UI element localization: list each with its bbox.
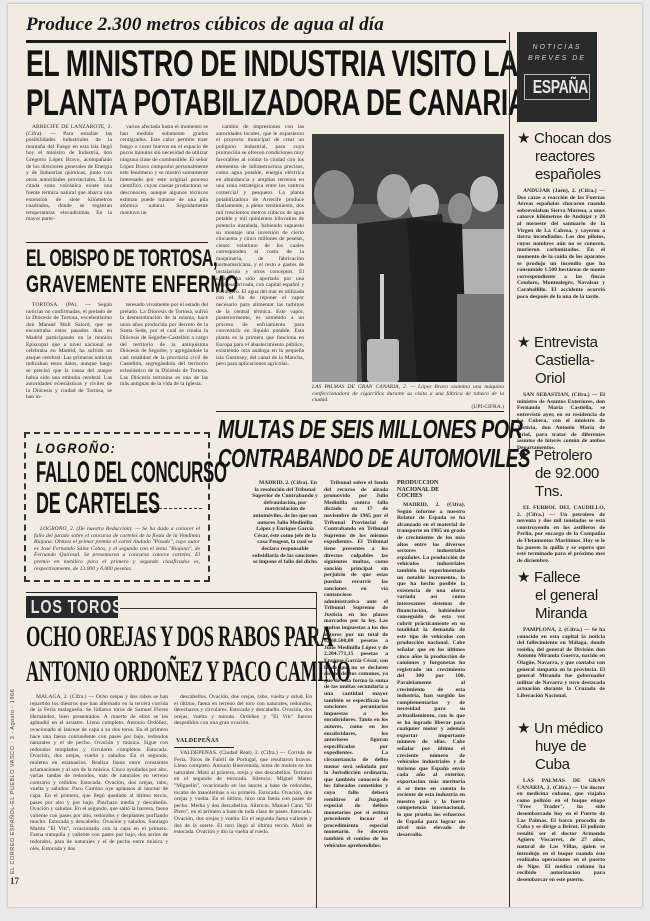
- logrono-headline-line1: FALLO DEL CONCURSO: [36, 458, 227, 488]
- sidebar-item-body: EL FERROL DEL CAUDILLO, 2. (Cifra.) — Un…: [517, 505, 605, 575]
- page-number: 17: [10, 876, 19, 886]
- toros-col1: MALAGA, 2. (Cifra.) — Ocho orejas y dos …: [30, 694, 168, 904]
- sidebar-item-body: LAS PALMAS DE GRAN CANARIA, 2. (Cifra.) …: [517, 778, 605, 896]
- lead-article-col3: cambio de impresiones con las autoridade…: [216, 124, 304, 386]
- obispo-headline-line1: EL OBISPO DE TORTOSA,: [26, 246, 217, 272]
- multas-col3-heading: PRODUCCION NACIONAL DE COCHES: [397, 480, 463, 500]
- logrono-box: LOGROÑO: FALLO DEL CONCURSO DE CARTELES …: [24, 432, 210, 582]
- noticias-breves-box: NOTICIAS BREVES DE ESPAÑA: [517, 32, 597, 122]
- lead-kicker: Produce 2.300 metros cúbicos de agua al …: [26, 14, 384, 36]
- lead-article-col1: ARRECIFE DE LANZAROTE, 2. (Cifra). — Par…: [26, 124, 112, 238]
- sidebar-item-title: Entrevista: [534, 334, 598, 351]
- sidebar-item-title: Fallece: [534, 569, 580, 586]
- toros-subhead-valdepenas: VALDEPEÑAS: [176, 738, 219, 744]
- logrono-headline-line2: DE CARTELES: [36, 489, 160, 519]
- sidebar-item-title: huye de Cuba: [517, 738, 617, 774]
- star-icon: ★: [517, 334, 530, 351]
- sidebar-item-miranda: ★ Fallece el general Miranda PAMPLONA, 2…: [517, 569, 617, 715]
- star-icon: ★: [517, 130, 530, 147]
- box-top-label: NOTICIAS BREVES DE: [517, 32, 597, 64]
- box-espana-label: ESPAÑA: [533, 75, 588, 99]
- sidebar-item-reactores: ★ Chocan dos reactores españoles ANDUJAR…: [517, 130, 617, 306]
- multas-top-rule: [216, 411, 504, 412]
- multas-col2: Tribunal sobre el fondo del recurso de a…: [324, 480, 388, 910]
- toros-headline-line2: ANTONIO ORDOÑEZ Y PACO CAMINO: [26, 656, 350, 688]
- multas-headline-line1: MULTAS DE SEIS MILLONES POR: [218, 415, 522, 443]
- newspaper-page: Produce 2.300 metros cúbicos de agua al …: [8, 4, 642, 907]
- sidebar-item-title: el general: [517, 587, 617, 605]
- sidebar-item-title: Castiella-Oriol: [517, 352, 617, 388]
- obispo-headline-line2: GRAVEMENTE ENFERMO: [26, 272, 238, 298]
- sidebar-item-title: de 92.000 Tns.: [517, 465, 617, 501]
- sidebar-item-castiella: ★ Entrevista Castiella-Oriol SAN SEBASTI…: [517, 334, 617, 452]
- star-icon: ★: [517, 447, 530, 464]
- logrono-body: LOGROÑO, 2. (De nuestra Redacción). — Se…: [34, 526, 200, 576]
- sidebar-item-title: reactores: [517, 148, 617, 166]
- toros-label-rule: [120, 608, 316, 609]
- sidebar-item-cuba: ★ Un médico huye de Cuba LAS PALMAS DE G…: [517, 720, 617, 896]
- toros-headline-line1: OCHO OREJAS Y DOS RABOS PARA: [26, 621, 333, 653]
- sidebar-item-title: españoles: [517, 166, 617, 184]
- obispo-top-rule: [26, 242, 208, 243]
- lead-photo: [312, 134, 504, 382]
- sidebar-item-body: ANDUJAR (Jaén), 2. (Cifra.) — Dos cazas …: [517, 188, 605, 306]
- main-headline-line1: EL MINISTRO DE INDUSTRIA VISITO LA: [26, 45, 518, 83]
- multas-col1: MADRID, 2. (Cifra). En la resolución del…: [252, 480, 318, 590]
- obispo-col2: teresado vivamente por el estado del pre…: [120, 302, 208, 430]
- valdepenas-rule: [174, 747, 234, 748]
- logrono-kicker: LOGROÑO:: [36, 440, 116, 456]
- star-icon: ★: [517, 720, 530, 737]
- sidebar-item-title: Miranda: [517, 605, 617, 623]
- toros-col2b: VALDEPEÑAS. (Ciudad Real), 2. (Cifra.) —…: [174, 750, 312, 904]
- spine-text: EL CORREO ESPAÑOL-EL PUEBLO VASCO · 3 - …: [10, 664, 16, 874]
- photo-caption: LAS PALMAS DE GRAN CANARIA, 2. — López B…: [312, 384, 504, 410]
- sidebar-item-body: PAMPLONA, 2. (Cifra.) — Se ha conocido e…: [517, 627, 605, 715]
- star-icon: ★: [517, 569, 530, 586]
- toros-top-rule: [26, 592, 316, 593]
- photo-credit: (UPI-CIFRA.): [312, 404, 504, 411]
- sidebar-item-title: Un médico: [534, 720, 603, 737]
- toros-section-label-box: LOS TOROS: [26, 596, 118, 618]
- sidebar-item-body: SAN SEBASTIAN, (Cifra.) — El ministro de…: [517, 392, 605, 452]
- main-headline-line2: PLANTA POTABILIZADORA DE CANARIAS: [26, 84, 543, 122]
- sidebar-item-title: Chocan dos: [534, 130, 611, 147]
- multas-col3: MADRID, 2. (Cifra). Según informe a nues…: [397, 502, 465, 892]
- logrono-dash-rule: [144, 508, 202, 509]
- sidebar-item-title: Petrolero: [534, 447, 592, 464]
- obispo-col1: TORTOSA. (PA). — Según noticias no confi…: [26, 302, 112, 430]
- toros-divider: [316, 592, 317, 908]
- multas-headline-line2: CONTRABANDO DE AUTOMOVILES: [218, 444, 530, 472]
- toros-section-label: LOS TOROS: [26, 596, 100, 618]
- toros-col2: descabellos. Ovación, dos orejas, rabo, …: [174, 694, 312, 736]
- photo-people-icon: [312, 134, 504, 382]
- sidebar-item-petrolero: ★ Petrolero de 92.000 Tns. EL FERROL DEL…: [517, 447, 617, 575]
- lead-article-col2: varios afectada hasta el momento se han …: [120, 124, 208, 238]
